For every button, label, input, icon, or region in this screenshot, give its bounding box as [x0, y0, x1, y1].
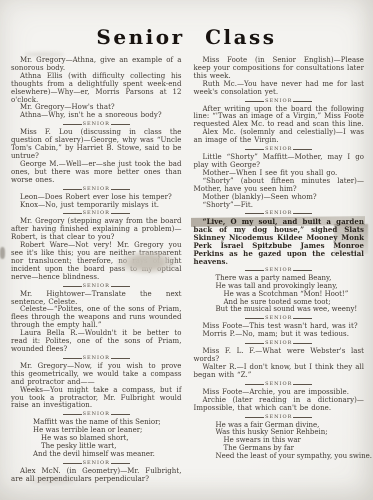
- left-column: Mr. Gregory—Athna, give an example of a …: [11, 57, 182, 484]
- divider-rule: [245, 384, 264, 385]
- paragraph: Alex Mc. (solemnly and celestially)—I wa…: [194, 129, 365, 145]
- paragraph: Alex McN. (in Geometry)—Mr. Fulbright, a…: [11, 468, 182, 484]
- scanned-yearbook-page: Senior Class Mr. Gregory—Athna, give an …: [0, 0, 373, 500]
- divider-rule: [245, 149, 264, 150]
- divider-rule: [111, 124, 130, 125]
- divider-rule: [111, 286, 130, 287]
- divider-label: Senior: [265, 268, 292, 273]
- paragraph: Celeste—“Polites, one of the sons of Pri…: [11, 306, 182, 330]
- divider-label: Senior: [265, 99, 292, 104]
- senior-divider: Senior: [11, 186, 182, 192]
- divider-rule: [293, 343, 312, 344]
- paragraph: Athna Ellis (with difficulty collecting …: [11, 73, 182, 105]
- paragraph: Miss Foote (in Senior English)—Please ke…: [194, 57, 365, 81]
- divider-label: Senior: [83, 461, 110, 466]
- divider-label: Senior: [265, 316, 292, 321]
- paragraph: Mr. Gregory—Now, if you wish to prove th…: [11, 363, 182, 387]
- divider-rule: [63, 213, 82, 214]
- divider-rule: [111, 189, 130, 190]
- divider-label: Senior: [83, 122, 110, 127]
- senior-divider: Senior: [11, 460, 182, 466]
- divider-rule: [245, 213, 264, 214]
- paragraph: After writing upon the board the followi…: [194, 106, 365, 130]
- paragraph: Weeks—You might take a compass, but if y…: [11, 387, 182, 411]
- text-columns: Mr. Gregory—Athna, give an example of a …: [0, 57, 373, 484]
- divider-rule: [63, 286, 82, 287]
- divider-label: Senior: [265, 382, 292, 387]
- poem: Maffitt was the name of this Senior;He w…: [33, 419, 182, 459]
- divider-label: Senior: [83, 211, 110, 216]
- divider-rule: [111, 414, 130, 415]
- divider-rule: [245, 101, 264, 102]
- paragraph: Mr. Gregory (stepping away from the boar…: [11, 218, 182, 242]
- senior-divider: Senior: [194, 414, 365, 420]
- paragraph: “Shorty” (about fifteen minutes later)—M…: [194, 178, 365, 194]
- divider-rule: [293, 270, 312, 271]
- divider-label: Senior: [265, 341, 292, 346]
- paragraph: Mr. Hightower—Translate the next sentenc…: [11, 291, 182, 307]
- senior-divider: Senior: [11, 211, 182, 217]
- divider-rule: [63, 414, 82, 415]
- divider-rule: [63, 358, 82, 359]
- senior-divider: Senior: [11, 355, 182, 361]
- divider-rule: [63, 124, 82, 125]
- senior-divider: Senior: [194, 147, 365, 153]
- paragraph: Miss F. L. F.—What were Webster's last w…: [194, 348, 365, 364]
- divider-rule: [111, 463, 130, 464]
- senior-divider: Senior: [194, 381, 365, 387]
- senior-divider: Senior: [194, 341, 365, 347]
- divider-label: Senior: [265, 415, 292, 420]
- senior-divider: Senior: [11, 283, 182, 289]
- divider-rule: [293, 101, 312, 102]
- divider-rule: [293, 213, 312, 214]
- paragraph: Ruth Mc.—You have never had me for last …: [194, 81, 365, 97]
- paragraph: Morris P.—No, mam; but it was tedious.: [194, 331, 365, 339]
- senior-divider: Senior: [194, 211, 365, 217]
- divider-rule: [63, 463, 82, 464]
- senior-divider: Senior: [11, 122, 182, 128]
- divider-rule: [111, 358, 130, 359]
- paragraph: Miss F. Lou (discussing in class the que…: [11, 129, 182, 161]
- divider-label: Senior: [83, 187, 110, 192]
- poem-line: And the devil himself was meaner.: [33, 451, 182, 459]
- paragraph: George M.—Well—er—she just took the bad …: [11, 161, 182, 185]
- paragraph: Robert Ware—Not very! Mr. Gregory you se…: [11, 242, 182, 282]
- divider-rule: [245, 318, 264, 319]
- divider-label: Senior: [83, 356, 110, 361]
- divider-rule: [245, 343, 264, 344]
- divider-rule: [245, 270, 264, 271]
- divider-rule: [293, 417, 312, 418]
- poem: There was a party named Beany,He was tal…: [216, 275, 365, 315]
- senior-divider: Senior: [11, 412, 182, 418]
- paragraph: Walter R.—I don't know, but I think they…: [194, 364, 365, 380]
- poem: He was a fair German divine,Was this hus…: [216, 422, 365, 462]
- paragraph: Mr. Gregory—Athna, give an example of a …: [11, 57, 182, 73]
- paragraph: Little “Shorty” Maffitt—Mother, may I go…: [194, 154, 365, 170]
- divider-rule: [293, 318, 312, 319]
- senior-divider: Senior: [194, 316, 365, 322]
- divider-rule: [111, 213, 130, 214]
- divider-rule: [63, 189, 82, 190]
- senior-divider: Senior: [194, 267, 365, 273]
- paragraph: Laura Bella R.—Wouldn't it be better to …: [11, 330, 182, 354]
- divider-label: Senior: [83, 412, 110, 417]
- divider-rule: [293, 384, 312, 385]
- divider-rule: [245, 417, 264, 418]
- paragraph: Archie (later reading in a dictionary)—I…: [194, 397, 365, 413]
- poem-line: Need the least of your sympathy, you swi…: [216, 453, 365, 461]
- senior-divider: Senior: [194, 98, 365, 104]
- divider-rule: [293, 149, 312, 150]
- paragraph: Athna—Why, isn't he a snoreous body?: [11, 112, 182, 120]
- poem-line: But the musical sound was wee, weeny!: [216, 306, 365, 314]
- divider-label: Senior: [265, 147, 292, 152]
- right-column: Miss Foote (in Senior English)—Please ke…: [194, 57, 365, 484]
- divider-label: Senior: [265, 211, 292, 216]
- paragraph: Knox—No, just temporarily mislays it.: [11, 202, 182, 210]
- paragraph: “Live, O my soul, and built a garden bac…: [194, 218, 365, 265]
- divider-label: Senior: [83, 284, 110, 289]
- page-title: Senior Class: [0, 26, 373, 48]
- paragraph: “Shorty”—Fit.: [194, 202, 365, 210]
